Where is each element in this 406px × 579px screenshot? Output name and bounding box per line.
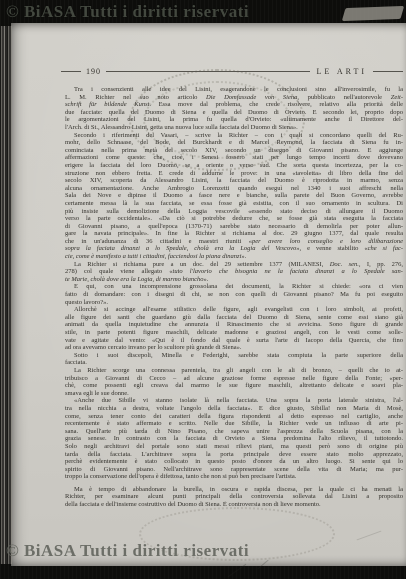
text-line: troppo la conservazione dell'opera è dif…	[65, 473, 403, 481]
text-line: E qui, con una incomprensione grossolana…	[65, 283, 403, 291]
text-line: due facciate: quella del Duomo di Siena …	[65, 109, 403, 117]
text-line: affermazioni come queste: che, cioè, i S…	[65, 154, 403, 162]
text-line: l'Arch. di St., Alessandro Lisini, getta…	[65, 124, 403, 132]
text-line: tra nella nicchia a destra, voltate l'an…	[65, 405, 403, 413]
text-line: tarda della facciata. L'architrave sopra…	[65, 451, 403, 459]
scratch-mark	[257, 560, 268, 570]
text-line: L. M. Richter nel suo noto articolo Die …	[65, 94, 403, 102]
text-line: Sala dei Nove e dipinse il Duomo a fasce…	[65, 192, 403, 200]
paragraph: Secondo i riferimenti del Vasari, – scri…	[65, 132, 403, 261]
paragraph: La Richter scorge una connessa parentela…	[65, 367, 403, 397]
paragraph: «Anche due Sibille vi stanno isolate là …	[65, 397, 403, 481]
text-line: ad ora avevamo cercato invano per lo scu…	[65, 344, 403, 352]
text-line: erigere la facciata del loro Duomo, se a…	[65, 162, 403, 170]
text-line: La Richter scorge una connessa parentela…	[65, 367, 403, 375]
text-line: sana. Quell'arte più tarda di Nino Pisan…	[65, 428, 403, 436]
text-line: più insiste sulla demolizione della Logg…	[65, 208, 403, 216]
book-page-edges	[0, 26, 12, 564]
text-line: Allorchè si accinge all'esame stilistico…	[65, 306, 403, 314]
header-rule-left	[61, 71, 81, 72]
text-line: mohr, dello Schnaase, del Bode, del Burc…	[65, 139, 403, 147]
text-line: Richter, per esaminare alcuni punti prin…	[65, 493, 403, 501]
text-line: che in un'adunanza di 36 cittadini e mae…	[65, 238, 403, 246]
text-line: facciata.	[65, 359, 403, 367]
text-line: certamente messa là la sua facciata, se …	[65, 200, 403, 208]
text-line: schrift für bildende Kunst. Essa move da…	[65, 101, 403, 109]
text-block: Tra i consenzienti alle idee del Lisini,…	[65, 86, 403, 509]
page-header: 190 LE ARTI	[61, 67, 403, 76]
text-line: vate e agitate dal vento: «Qui è il fond…	[65, 337, 403, 345]
paragraph: Allorchè si accinge all'esame stilistico…	[65, 306, 403, 352]
text-line: perchè evidentemente è stato collocato i…	[65, 458, 403, 466]
text-line: fatto di domandare: con i disegni di chi…	[65, 291, 403, 299]
text-line: struzione non ebbero fretta. E crede di …	[65, 170, 403, 178]
text-line: La Richter si richiama pure a un doc. de…	[65, 261, 403, 269]
text-line: alcuna ornamentazione. Anche Ambrogio Lo…	[65, 185, 403, 193]
text-line: della facciata e dell'insieme costruttiv…	[65, 501, 403, 509]
text-line: secolo XIV, scoperta da Alessandro Lisin…	[65, 177, 403, 185]
copyright-watermark-bottom: © BiASA Tutti i diritti riservati	[6, 541, 249, 561]
text-line: Sotto i suoi discepoli, Minella e Federi…	[65, 352, 403, 360]
text-line: stile, in parte potenti figure maschili,…	[65, 329, 403, 337]
scratch-mark	[228, 564, 247, 577]
text-line: 278) col quale viene allegato «tuto l'la…	[65, 268, 403, 276]
text-line: te Marie, cholà dove era la Logia, di ma…	[65, 276, 403, 284]
text-line: cie, come è manifesto a tutti i cittadin…	[65, 253, 403, 261]
text-line: questo lavoro?».	[65, 299, 403, 307]
text-line: le argomentazioni del Lisini, la prima f…	[65, 116, 403, 124]
text-line: Tra i consenzienti alle idee del Lisini,…	[65, 86, 403, 94]
page-number: 190	[81, 67, 106, 76]
text-line: come, senza tener conto dei caratteri de…	[65, 413, 403, 421]
paragraph: Tra i consenzienti alle idee del Lisini,…	[65, 86, 403, 132]
text-line: grazia senese. In contrasto con la facci…	[65, 435, 403, 443]
paragraph: Ma è tempo di abbandonare la burella, in…	[65, 486, 403, 509]
text-line: cominciata nella prima metà del secolo X…	[65, 147, 403, 155]
paragraph: E qui, con una incomprensione grossolana…	[65, 283, 403, 306]
text-line: animati da quella inquietudine che annun…	[65, 321, 403, 329]
text-line: di Giovanni pisano, a quell'epoca (1370-…	[65, 223, 403, 231]
text-line: gare la navata principale». In fine la R…	[65, 230, 403, 238]
text-line: sopra la faciata dinanzi a lo Spedale, c…	[65, 245, 403, 253]
text-line: verso la parte occidentale». «Da ciò si …	[65, 215, 403, 223]
text-line: Solo negli architravi del portale sono s…	[65, 443, 403, 451]
copyright-watermark-top: © BiASA Tutti i diritti riservati	[6, 2, 249, 22]
text-line: Ma è tempo di abbandonare la burella, in…	[65, 486, 403, 494]
scratch-mark	[357, 531, 382, 541]
journal-title: LE ARTI	[310, 67, 373, 76]
paragraph: La Richter si richiama pure a un doc. de…	[65, 261, 403, 284]
text-line: Secondo i riferimenti del Vasari, – scri…	[65, 132, 403, 140]
text-line: alle figure dei santi che guardano giù d…	[65, 314, 403, 322]
header-rule-middle	[106, 71, 310, 72]
paragraph: Sotto i suoi discepoli, Minella e Federi…	[65, 352, 403, 367]
text-line: «Anche due Sibille vi stanno isolate là …	[65, 397, 403, 405]
text-line: recentemente è stato affermato e scritto…	[65, 420, 403, 428]
book-page: 190 LE ARTI Tra i consenzienti alle idee…	[11, 23, 406, 566]
text-line: smava egli le sue donne.	[65, 390, 403, 398]
text-line: spirito di Giovanni pisano. Nell'architr…	[65, 466, 403, 474]
text-line: tribuisco a Giovanni di Cecco – ad alcun…	[65, 375, 403, 383]
text-line: chè, come possenti egli creava dal marmo…	[65, 382, 403, 390]
page-corner-fragment	[342, 6, 404, 21]
header-rule-right	[373, 71, 403, 72]
